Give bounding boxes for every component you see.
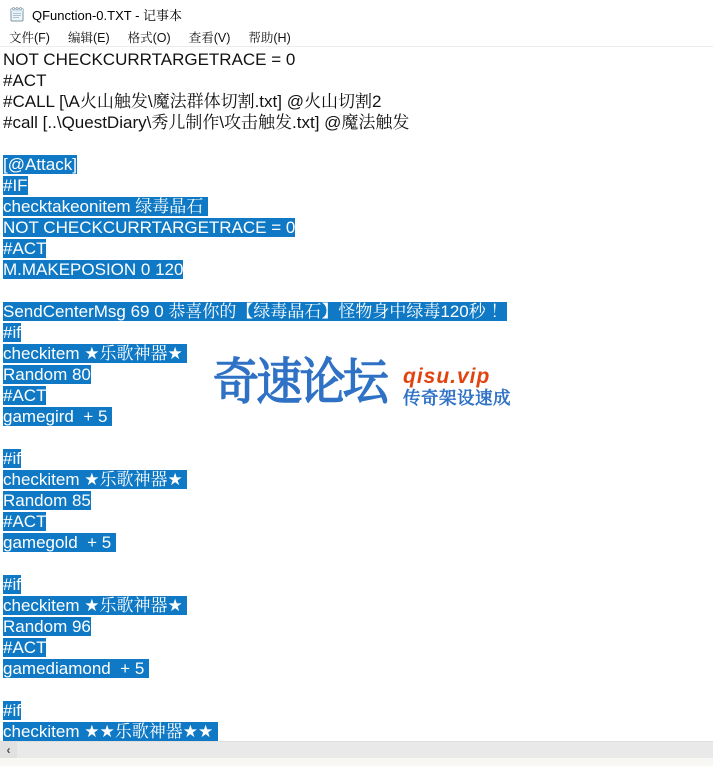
- editor-line: #ACT: [3, 238, 713, 259]
- editor-line: [3, 553, 713, 574]
- editor-line-text: #ACT: [3, 512, 46, 531]
- title-bar: QFunction-0.TXT - 记事本: [0, 0, 713, 28]
- scroll-left-arrow-icon[interactable]: ‹: [0, 742, 17, 758]
- editor-line: gamediamond + 5: [3, 658, 713, 679]
- editor-line: #ACT: [3, 637, 713, 658]
- editor-line-text: checkitem ★乐歌神器★: [3, 344, 187, 363]
- editor-line: [3, 679, 713, 700]
- editor-line: M.MAKEPOSION 0 120: [3, 259, 713, 280]
- editor-line: NOT CHECKCURRTARGETRACE = 0: [3, 217, 713, 238]
- editor-line: Random 80: [3, 364, 713, 385]
- editor-line: checkitem ★乐歌神器★: [3, 469, 713, 490]
- editor-line: [3, 280, 713, 301]
- menu-file[interactable]: 文件(F): [0, 28, 59, 46]
- bottom-strip: [0, 758, 713, 766]
- editor-line-text: #CALL [\A火山触发\魔法群体切割.txt] @火山切割2: [3, 92, 381, 111]
- editor-line: #IF: [3, 175, 713, 196]
- editor-line: [@Attack]: [3, 154, 713, 175]
- editor-line: #if: [3, 574, 713, 595]
- editor-line: [3, 427, 713, 448]
- editor-line: gamegird + 5: [3, 406, 713, 427]
- editor-line: #if: [3, 448, 713, 469]
- editor-line-text: SendCenterMsg 69 0 恭喜你的【绿毒晶石】怪物身中绿毒120秒 …: [3, 302, 507, 321]
- editor-line-text: Random 85: [3, 491, 91, 510]
- editor-line-text: checkitem ★★乐歌神器★★: [3, 722, 218, 741]
- editor-line-text: #if: [3, 449, 21, 468]
- editor-line-text: #if: [3, 323, 21, 342]
- editor-line-text: [@Attack]: [3, 155, 77, 174]
- editor-line: #ACT: [3, 385, 713, 406]
- menu-view[interactable]: 查看(V): [180, 28, 240, 46]
- editor-line: #ACT: [3, 511, 713, 532]
- editor-line: checkitem ★乐歌神器★: [3, 343, 713, 364]
- window-title: QFunction-0.TXT - 记事本: [32, 5, 182, 24]
- editor-line-text: Random 80: [3, 365, 91, 384]
- editor-line-text: NOT CHECKCURRTARGETRACE = 0: [3, 218, 295, 237]
- editor-line-text: #ACT: [3, 239, 46, 258]
- editor-line: #ACT: [3, 70, 713, 91]
- editor-line: NOT CHECKCURRTARGETRACE = 0: [3, 49, 713, 70]
- editor-line-text: #IF: [3, 176, 28, 195]
- editor-line-text: checkitem ★乐歌神器★: [3, 596, 187, 615]
- editor-line-text: NOT CHECKCURRTARGETRACE = 0: [3, 50, 295, 69]
- editor-line-text: checktakeonitem 绿毒晶石: [3, 197, 208, 216]
- editor-line: checkitem ★★乐歌神器★★: [3, 721, 713, 742]
- editor-line-text: #ACT: [3, 386, 46, 405]
- editor-line-text: #ACT: [3, 71, 46, 90]
- editor-line-text: gamegird + 5: [3, 407, 112, 426]
- editor-line-text: #call [..\QuestDiary\秀儿制作\攻击触发.txt] @魔法触…: [3, 113, 409, 132]
- editor-line-text: Random 96: [3, 617, 91, 636]
- editor-line: gamegold + 5: [3, 532, 713, 553]
- editor-line-text: #ACT: [3, 638, 46, 657]
- menu-bar: 文件(F) 编辑(E) 格式(O) 查看(V) 帮助(H): [0, 28, 713, 47]
- editor-line: Random 96: [3, 616, 713, 637]
- editor-line: Random 85: [3, 490, 713, 511]
- editor-line-text: #if: [3, 701, 21, 720]
- editor-line: checkitem ★乐歌神器★: [3, 595, 713, 616]
- menu-help[interactable]: 帮助(H): [239, 28, 299, 46]
- menu-edit[interactable]: 编辑(E): [59, 28, 119, 46]
- horizontal-scrollbar[interactable]: ‹: [0, 741, 713, 758]
- editor-line: #CALL [\A火山触发\魔法群体切割.txt] @火山切割2: [3, 91, 713, 112]
- editor-line-text: #if: [3, 575, 21, 594]
- scrollbar-track[interactable]: [17, 742, 713, 758]
- editor-line-text: gamediamond + 5: [3, 659, 149, 678]
- editor-line: #if: [3, 322, 713, 343]
- editor-line: checktakeonitem 绿毒晶石: [3, 196, 713, 217]
- menu-format[interactable]: 格式(O): [119, 28, 180, 46]
- editor-line-text: gamegold + 5: [3, 533, 116, 552]
- text-editor-area[interactable]: NOT CHECKCURRTARGETRACE = 0#ACT#CALL [\A…: [0, 47, 713, 742]
- editor-line: #call [..\QuestDiary\秀儿制作\攻击触发.txt] @魔法触…: [3, 112, 713, 133]
- editor-line-text: checkitem ★乐歌神器★: [3, 470, 187, 489]
- editor-line: SendCenterMsg 69 0 恭喜你的【绿毒晶石】怪物身中绿毒120秒 …: [3, 301, 713, 322]
- editor-line: [3, 133, 713, 154]
- editor-line-text: M.MAKEPOSION 0 120: [3, 260, 183, 279]
- editor-line: #if: [3, 700, 713, 721]
- notepad-window: QFunction-0.TXT - 记事本 文件(F) 编辑(E) 格式(O) …: [0, 0, 713, 766]
- notepad-icon: [9, 6, 25, 22]
